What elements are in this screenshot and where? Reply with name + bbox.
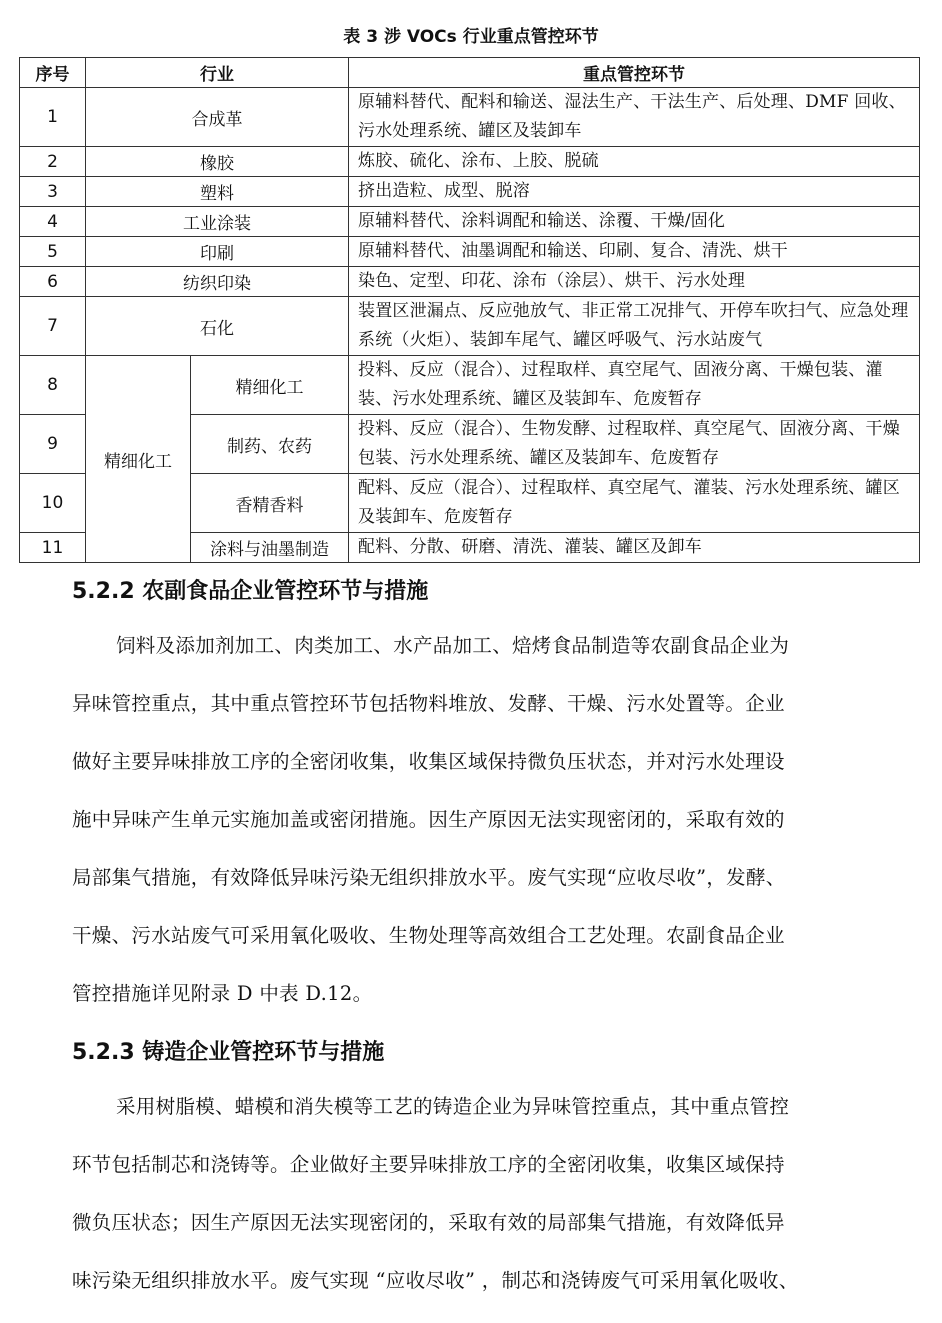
table-row: 2 橡胶 炼胶、硫化、涂布、上胶、脱硫 <box>20 147 920 177</box>
row-control: 原辅料替代、油墨调配和输送、印刷、复合、清洗、烘干 <box>349 237 920 267</box>
section-paragraph-5-2-3: 采用树脂模、蜡模和消失模等工艺的铸造企业为异味管控重点，其中重点管控 环节包括制… <box>72 1078 872 1310</box>
table-row: 1 合成革 原辅料替代、配料和输送、湿法生产、干法生产、后处理、DMF 回收、污… <box>20 88 920 147</box>
paragraph-line: 做好主要异味排放工序的全密闭收集，收集区域保持微负压状态，并对污水处理设 <box>72 733 872 791</box>
paragraph-line: 施中异味产生单元实施加盖或密闭措施。因生产原因无法实现密闭的，采取有效的 <box>72 791 872 849</box>
row-industry: 石化 <box>86 297 349 356</box>
table-row: 4 工业涂装 原辅料替代、涂料调配和输送、涂覆、干燥/固化 <box>20 207 920 237</box>
row-sub-industry: 香精香料 <box>191 474 349 533</box>
paragraph-line: 微负压状态；因生产原因无法实现密闭的，采取有效的局部集气措施，有效降低异 <box>72 1194 872 1252</box>
row-control: 挤出造粒、成型、脱溶 <box>349 177 920 207</box>
paragraph-line: 异味管控重点，其中重点管控环节包括物料堆放、发酵、干燥、污水处置等。企业 <box>72 675 872 733</box>
row-sub-industry: 制药、农药 <box>191 415 349 474</box>
section-heading-5-2-2: 5.2.2 农副食品企业管控环节与措施 <box>72 574 428 605</box>
row-no: 1 <box>20 88 86 147</box>
row-industry: 印刷 <box>86 237 349 267</box>
row-no: 11 <box>20 533 86 563</box>
row-no: 3 <box>20 177 86 207</box>
table-row: 6 纺织印染 染色、定型、印花、涂布（涂层）、烘干、污水处理 <box>20 267 920 297</box>
section-paragraph-5-2-2: 饲料及添加剂加工、肉类加工、水产品加工、焙烤食品制造等农副食品企业为 异味管控重… <box>72 617 872 1023</box>
section-heading-5-2-3: 5.2.3 铸造企业管控环节与措施 <box>72 1035 384 1066</box>
table-caption: 表 3 涉 VOCs 行业重点管控环节 <box>0 22 942 47</box>
row-industry: 纺织印染 <box>86 267 349 297</box>
row-no: 9 <box>20 415 86 474</box>
row-control: 原辅料替代、涂料调配和输送、涂覆、干燥/固化 <box>349 207 920 237</box>
table-header-row: 序号 行业 重点管控环节 <box>20 58 920 88</box>
row-control: 投料、反应（混合）、生物发酵、过程取样、真空尾气、固液分离、干燥包装、污水处理系… <box>349 415 920 474</box>
row-industry: 橡胶 <box>86 147 349 177</box>
row-control: 装置区泄漏点、反应弛放气、非正常工况排气、开停车吹扫气、应急处理系统（火炬）、装… <box>349 297 920 356</box>
paragraph-line: 环节包括制芯和浇铸等。企业做好主要异味排放工序的全密闭收集，收集区域保持 <box>72 1136 872 1194</box>
table-row: 8 精细化工 精细化工 投料、反应（混合）、过程取样、真空尾气、固液分离、干燥包… <box>20 356 920 415</box>
header-industry: 行业 <box>86 58 349 88</box>
row-industry: 工业涂装 <box>86 207 349 237</box>
row-sub-industry: 精细化工 <box>191 356 349 415</box>
paragraph-line: 局部集气措施，有效降低异味污染无组织排放水平。废气实现“应收尽收”，发酵、 <box>72 849 872 907</box>
table-row: 7 石化 装置区泄漏点、反应弛放气、非正常工况排气、开停车吹扫气、应急处理系统（… <box>20 297 920 356</box>
table-row: 3 塑料 挤出造粒、成型、脱溶 <box>20 177 920 207</box>
row-industry: 塑料 <box>86 177 349 207</box>
row-industry: 合成革 <box>86 88 349 147</box>
row-sub-industry: 涂料与油墨制造 <box>191 533 349 563</box>
paragraph-line: 味污染无组织排放水平。废气实现 “应收尽收” ，制芯和浇铸废气可采用氧化吸收、 <box>72 1252 872 1310</box>
paragraph-line: 干燥、污水站废气可采用氧化吸收、生物处理等高效组合工艺处理。农副食品企业 <box>72 907 872 965</box>
header-no: 序号 <box>20 58 86 88</box>
vocs-industry-table: 序号 行业 重点管控环节 1 合成革 原辅料替代、配料和输送、湿法生产、干法生产… <box>19 57 920 563</box>
row-control: 投料、反应（混合）、过程取样、真空尾气、固液分离、干燥包装、灌装、污水处理系统、… <box>349 356 920 415</box>
row-control: 配料、反应（混合）、过程取样、真空尾气、灌装、污水处理系统、罐区及装卸车、危废暂… <box>349 474 920 533</box>
paragraph-line: 饲料及添加剂加工、肉类加工、水产品加工、焙烤食品制造等农副食品企业为 <box>72 617 872 675</box>
row-no: 5 <box>20 237 86 267</box>
row-control: 炼胶、硫化、涂布、上胶、脱硫 <box>349 147 920 177</box>
table-row: 5 印刷 原辅料替代、油墨调配和输送、印刷、复合、清洗、烘干 <box>20 237 920 267</box>
row-no: 4 <box>20 207 86 237</box>
header-control: 重点管控环节 <box>349 58 920 88</box>
row-control: 原辅料替代、配料和输送、湿法生产、干法生产、后处理、DMF 回收、污水处理系统、… <box>349 88 920 147</box>
row-control: 配料、分散、研磨、清洗、灌装、罐区及卸车 <box>349 533 920 563</box>
row-no: 6 <box>20 267 86 297</box>
row-control: 染色、定型、印花、涂布（涂层）、烘干、污水处理 <box>349 267 920 297</box>
row-no: 2 <box>20 147 86 177</box>
row-no: 8 <box>20 356 86 415</box>
paragraph-line: 采用树脂模、蜡模和消失模等工艺的铸造企业为异味管控重点，其中重点管控 <box>72 1078 872 1136</box>
row-industry-group: 精细化工 <box>86 356 191 563</box>
paragraph-line: 管控措施详见附录 D 中表 D.12。 <box>72 965 872 1023</box>
row-no: 7 <box>20 297 86 356</box>
row-no: 10 <box>20 474 86 533</box>
